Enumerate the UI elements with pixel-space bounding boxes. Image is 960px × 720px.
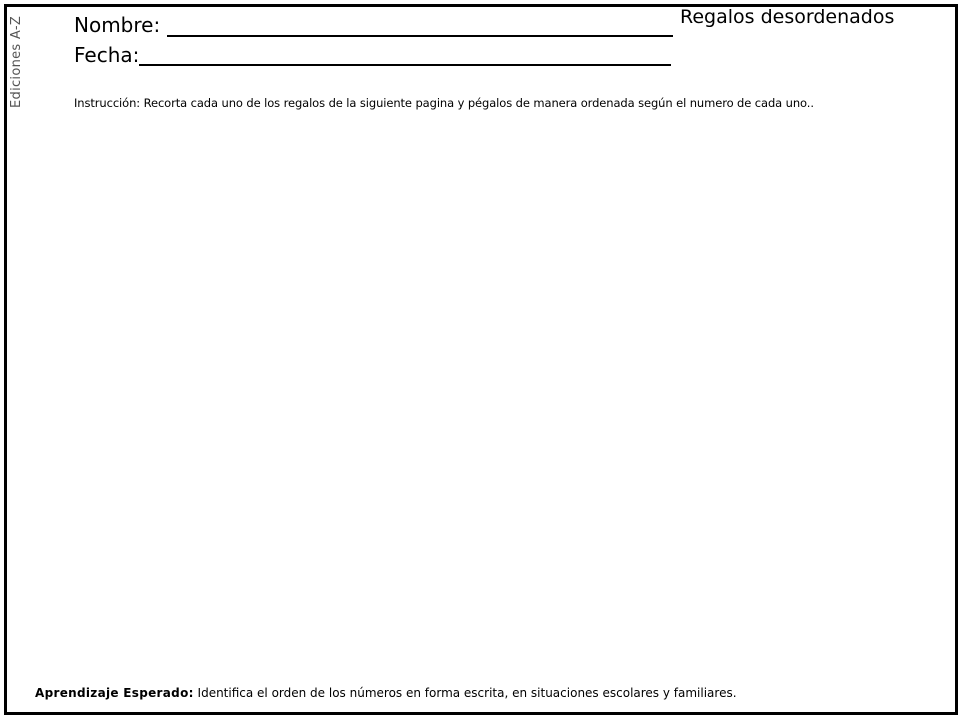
name-label: Nombre:: [74, 13, 160, 37]
work-area: [70, 125, 940, 665]
worksheet-title: Regalos desordenados: [680, 6, 894, 28]
publisher-label: Ediciones A-Z: [9, 16, 24, 108]
instruction-text: Instrucción: Recorta cada uno de los reg…: [74, 96, 814, 110]
date-field-line[interactable]: [139, 64, 671, 66]
expected-learning-text: Identifica el orden de los números en fo…: [194, 686, 737, 700]
name-field-line[interactable]: [167, 35, 673, 37]
date-label: Fecha:: [74, 43, 139, 67]
expected-learning: Aprendizaje Esperado: Identifica el orde…: [35, 686, 737, 700]
expected-learning-label: Aprendizaje Esperado:: [35, 686, 194, 700]
